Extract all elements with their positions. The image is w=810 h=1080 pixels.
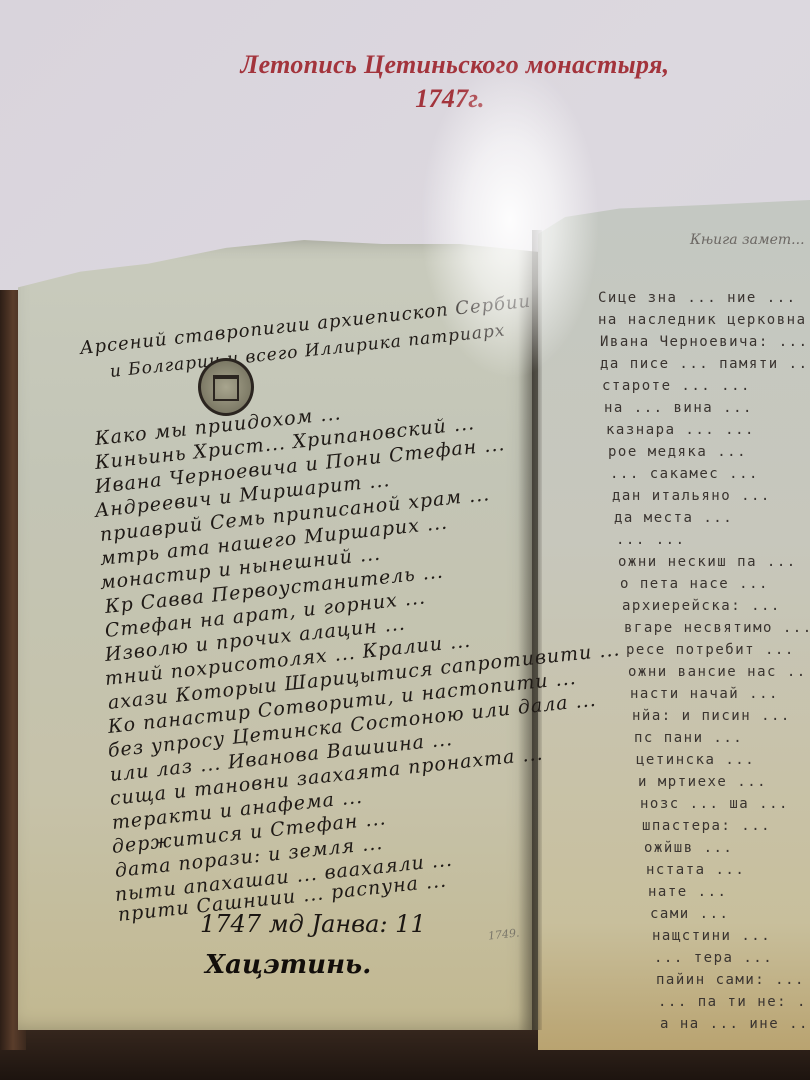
right-line: насти начай ... <box>630 686 779 702</box>
right-line: Ивана Черноевича: ... <box>600 334 809 350</box>
right-line: ... тера ... <box>654 950 773 966</box>
right-line: да писе ... памяти ... <box>600 356 810 372</box>
book-gutter <box>532 230 542 1030</box>
right-line: архиерейска: ... <box>622 598 781 614</box>
right-line: ожни вансие нас ... <box>628 664 810 680</box>
right-line: и мртиехе ... <box>638 774 767 790</box>
right-page-header: Књига замет... <box>690 232 805 248</box>
right-line: нате ... <box>648 884 727 900</box>
right-line: вгаре несвятимо ... <box>624 620 810 636</box>
right-line: нйа: и писин ... <box>632 708 791 724</box>
right-line: да места ... <box>614 510 733 526</box>
seal-icon <box>198 358 254 416</box>
right-line: Сице зна ... ние ... <box>598 290 797 306</box>
right-line: пс пани ... <box>634 730 743 746</box>
right-line: ... па ти не: ... <box>658 994 810 1010</box>
caption-title-line-1: Летопись Цетиньского монастыря, <box>0 48 810 82</box>
right-line: староте ... ... <box>602 378 751 394</box>
right-line: рое медяка ... <box>608 444 747 460</box>
right-line: нозс ... ша ... <box>640 796 789 812</box>
right-line: ресе потребит ... <box>626 642 795 658</box>
right-line: нстата ... <box>646 862 745 878</box>
signature-name: Хацэтинь. <box>205 950 371 980</box>
right-line: о пета насе ... <box>620 576 769 592</box>
right-line: ожни нескиш па ... <box>618 554 797 570</box>
right-line: цетинска ... <box>636 752 755 768</box>
right-line: нащстини ... <box>652 928 771 944</box>
right-line: пайин сами: ... <box>656 972 805 988</box>
right-line: дан итальяно ... <box>612 488 771 504</box>
right-line: на наследник церковна ... <box>598 312 810 328</box>
right-line: на ... вина ... <box>604 400 753 416</box>
signature-date: 1747 мд Јанва: 11 <box>200 910 426 938</box>
right-line: а на ... ине ... <box>660 1016 810 1032</box>
caption-title-line-2: 1747г. <box>0 82 810 116</box>
right-line: шпастера: ... <box>642 818 771 834</box>
right-line: ... сакамес ... <box>610 466 759 482</box>
right-line: казнара ... ... <box>606 422 755 438</box>
right-line: ожйшв ... <box>644 840 733 856</box>
right-line: ... ... <box>616 532 686 548</box>
caption-title: Летопись Цетиньского монастыря, 1747г. <box>0 48 810 116</box>
right-line: сами ... <box>650 906 729 922</box>
